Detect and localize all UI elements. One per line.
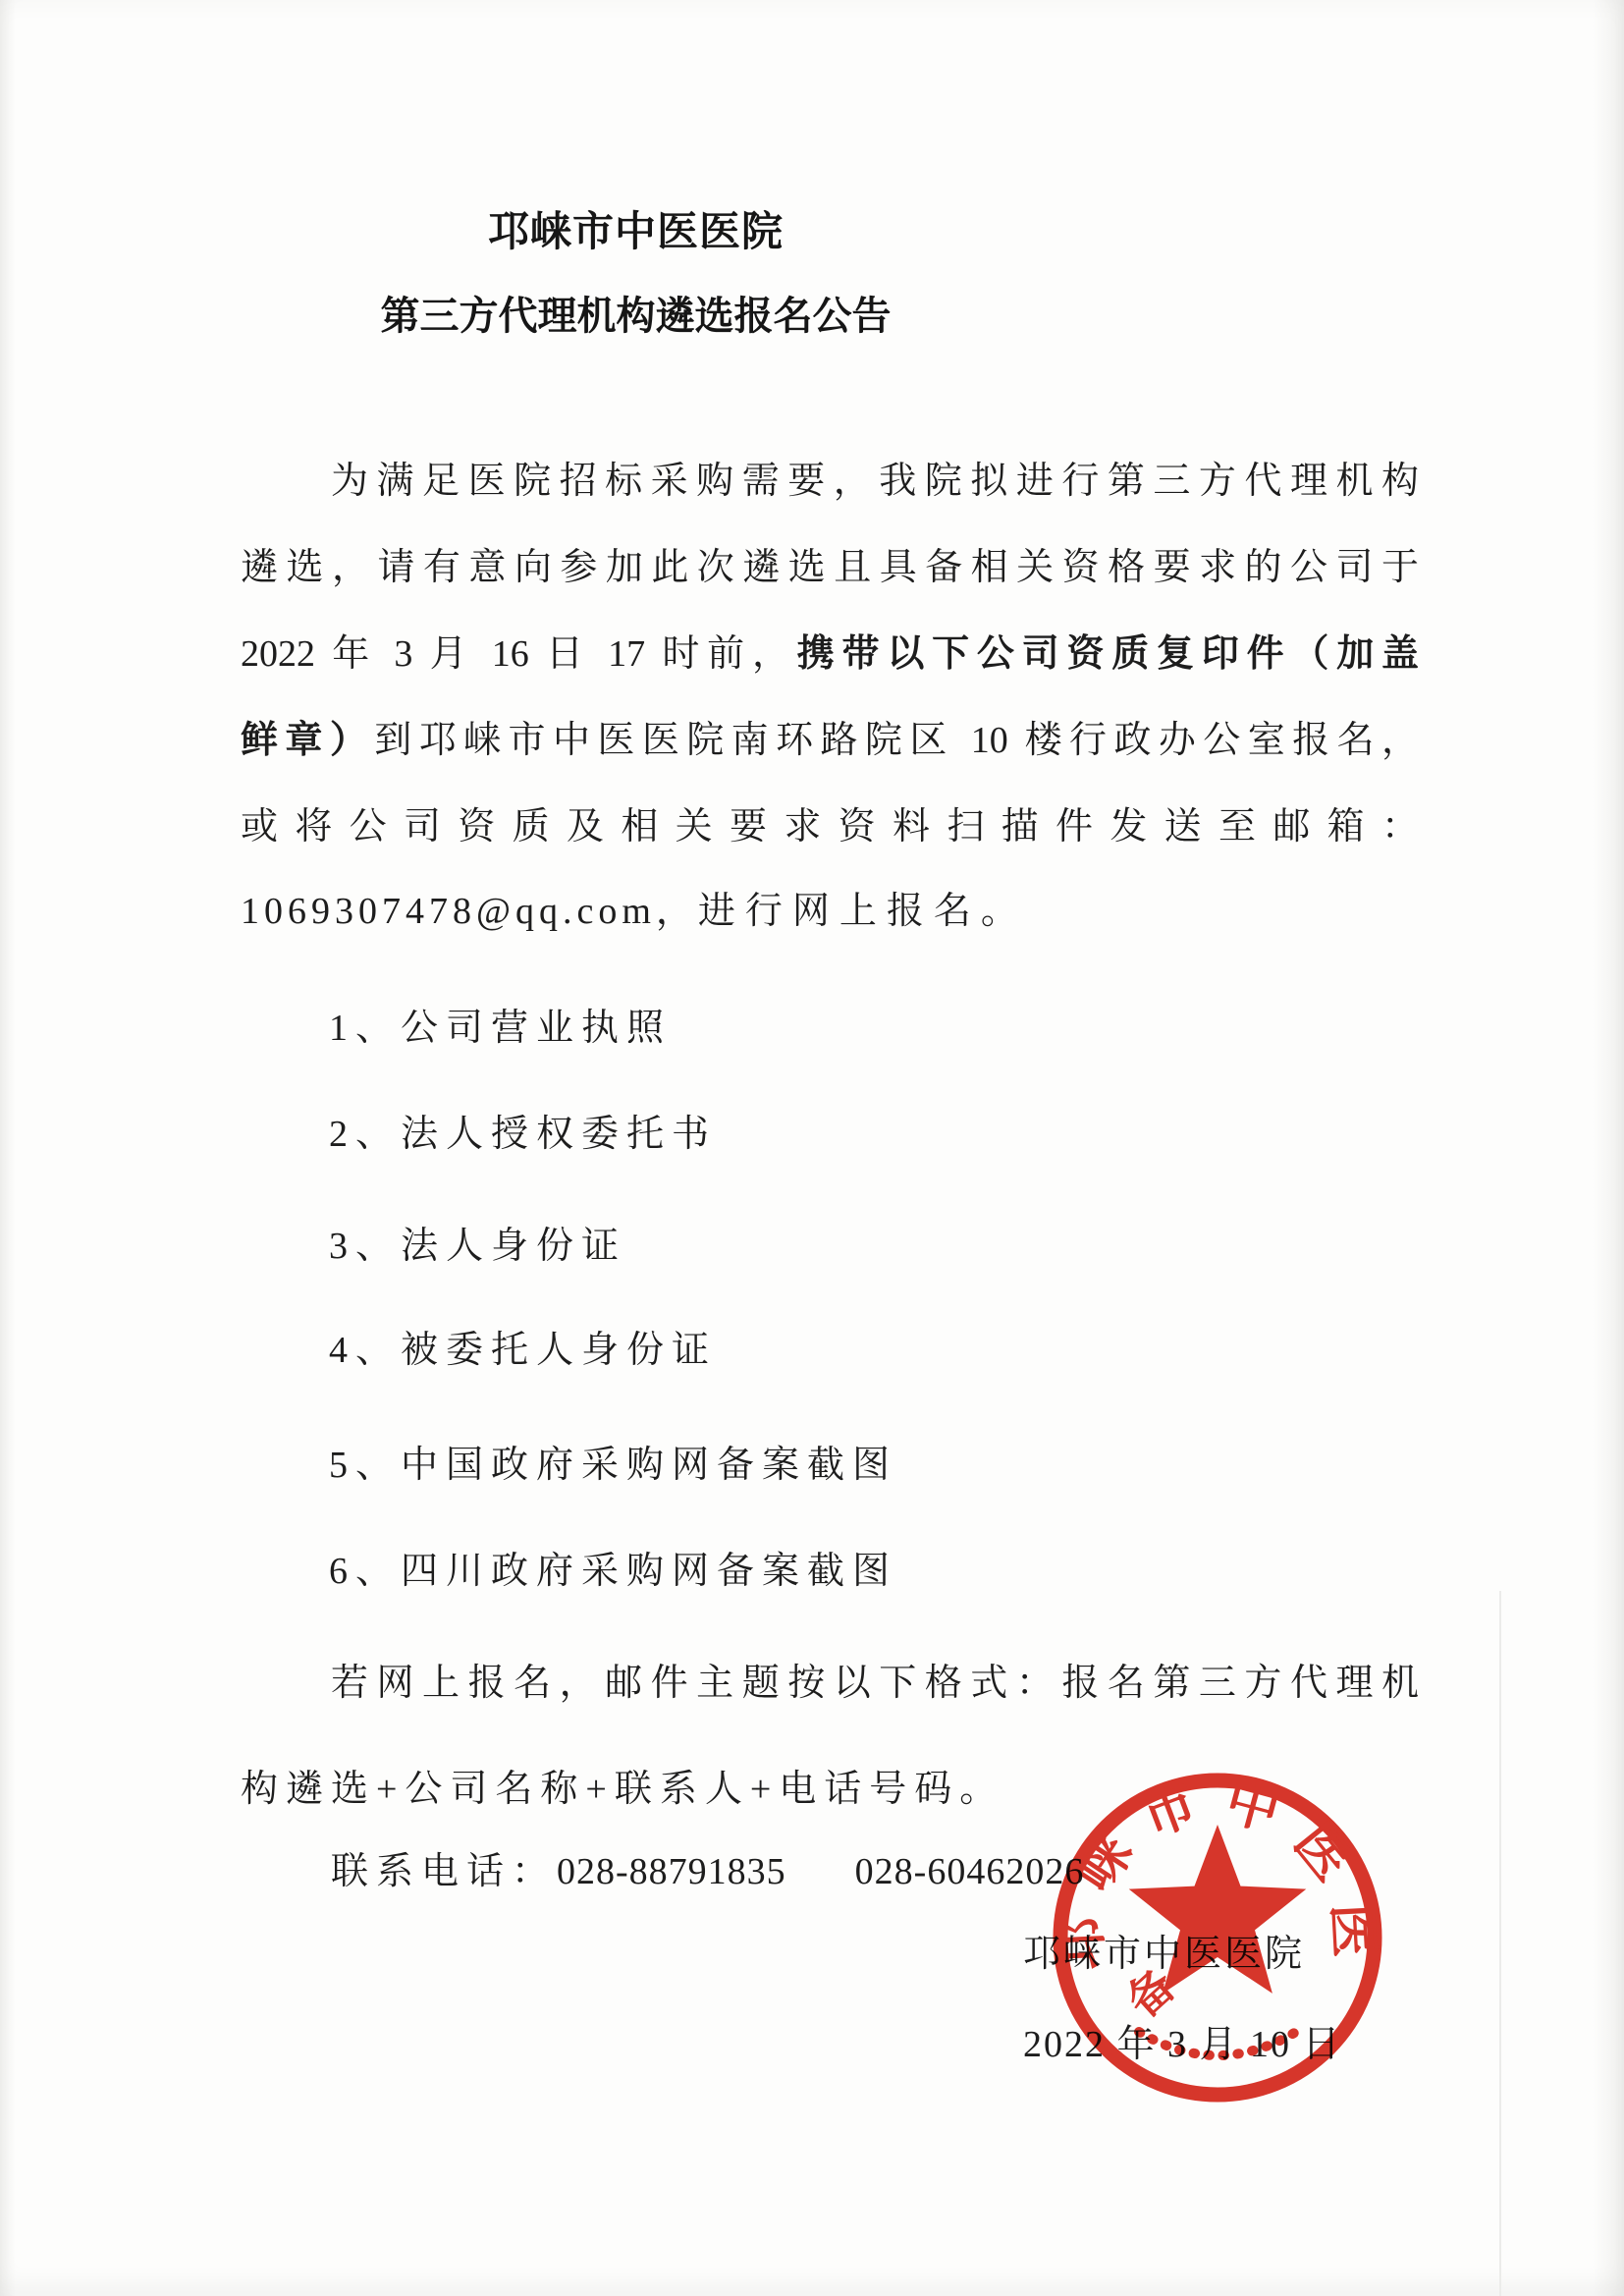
requirement-item-3: 3、法人身份证 <box>329 1225 626 1270</box>
title-line-2: 第三方代理机构遴选报名公告 <box>221 285 1051 341</box>
contact-phone-1: 028-88791835 <box>557 1851 786 1892</box>
document-page: 邛崃市中医医院 第三方代理机构遴选报名公告 为满足医院招标采购需要，我院拟进行第… <box>0 0 1624 2296</box>
official-seal: 邛崃市中医医院 备 <box>1041 1761 1394 2114</box>
email-address: 1069307478@qq.com， <box>241 891 698 932</box>
requirement-emphasis-end: 鲜章） <box>241 720 374 761</box>
intro-line-4: 鲜章）到邛崃市中医医院南环路院区 10 楼行政办公室报名， <box>241 719 1419 764</box>
outro-line-2: 构遴选+公司名称+联系人+电话号码。 <box>241 1768 1004 1813</box>
deadline-text: 2022 年 3 月 16 日 17 时前， <box>241 633 797 675</box>
email-line-rest: 进行网上报名。 <box>698 891 1028 932</box>
contact-line: 联系电话：028-88791835028-60462026 <box>331 1850 1084 1895</box>
contact-label: 联系电话： <box>331 1851 557 1892</box>
requirement-item-6: 6、四川政府采购网备案截图 <box>329 1550 897 1595</box>
intro-line-2: 遴选，请有意向参加此次遴选且具备相关资格要求的公司于 <box>241 546 1419 591</box>
requirement-item-4: 4、被委托人身份证 <box>329 1329 717 1374</box>
requirement-item-2: 2、法人授权委托书 <box>329 1113 717 1158</box>
intro-line-6: 1069307478@qq.com，进行网上报名。 <box>241 890 1028 935</box>
outro-line-1: 若网上报名，邮件主题按以下格式：报名第三方代理机 <box>331 1662 1419 1707</box>
requirement-item-1: 1、公司营业执照 <box>329 1007 672 1052</box>
address-text: 到邛崃市中医医院南环路院区 10 楼行政办公室报名， <box>374 720 1419 761</box>
requirement-emphasis-start: 携带以下公司资质复印件（加盖 <box>797 633 1419 675</box>
requirement-item-5: 5、中国政府采购网备案截图 <box>329 1444 897 1489</box>
intro-line-5: 或将公司资质及相关要求资料扫描件发送至邮箱： <box>241 805 1419 850</box>
intro-line-1: 为满足医院招标采购需要，我院拟进行第三方代理机构 <box>331 460 1419 505</box>
title-line-1: 邛崃市中医医院 <box>221 199 1051 258</box>
seal-serial-dots <box>1139 2032 1296 2055</box>
intro-line-3: 2022 年 3 月 16 日 17 时前，携带以下公司资质复印件（加盖 <box>241 632 1419 678</box>
scan-artifact-line <box>1499 1591 1501 2296</box>
